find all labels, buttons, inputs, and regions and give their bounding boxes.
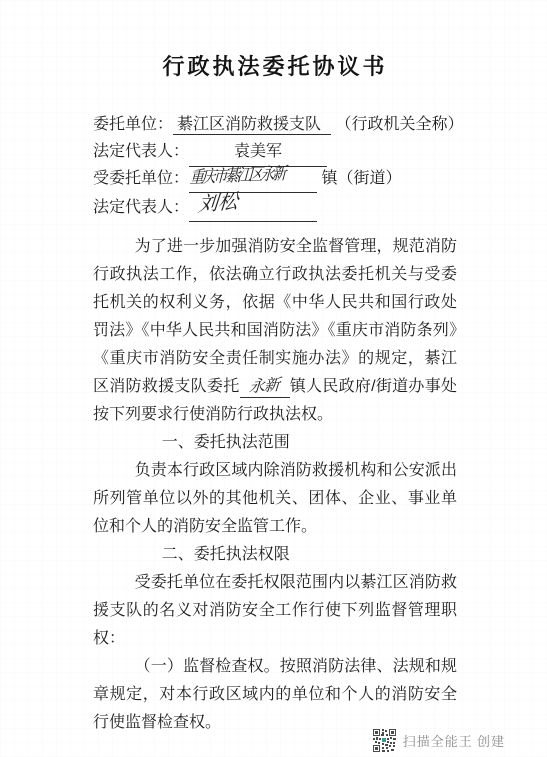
section-1-heading: 一、委托执法范围 bbox=[93, 429, 457, 457]
section-2-heading: 二、委托执法权限 bbox=[93, 541, 457, 569]
legal-rep-1-label: 法定代表人： bbox=[93, 143, 189, 160]
document-title: 行政执法委托协议书 bbox=[93, 50, 457, 81]
section-2-item-1: （一）监督检查权。按照消防法律、法规和规章规定，对本行政区域内的单位和个人的消防… bbox=[93, 653, 457, 737]
field-entrusted-unit: 受委托单位：重庆市綦江区永新 镇（街道） bbox=[93, 165, 457, 192]
qr-code-icon bbox=[373, 729, 396, 752]
scanned-document-page: 行政执法委托协议书 委托单位：綦江区消防救援支队 （行政机关全称） 法定代表人：… bbox=[0, 0, 547, 757]
town-name-underline: 永新 bbox=[240, 376, 290, 398]
scanner-watermark: 扫描全能王 创建 bbox=[373, 729, 505, 752]
legal-rep-2-underline: 刘松 bbox=[189, 192, 317, 222]
entrusting-unit-value: 綦江区消防救援支队 bbox=[173, 116, 331, 135]
legal-rep-2-label: 法定代表人： bbox=[93, 199, 189, 216]
intro-paragraph: 为了进一步加强消防安全监督管理，规范消防行政执法工作，依法确立行政执法委托机关与… bbox=[93, 233, 457, 429]
entrusted-unit-label: 受委托单位： bbox=[93, 170, 189, 187]
header-fields: 委托单位：綦江区消防救援支队 （行政机关全称） 法定代表人：袁美军 受委托单位：… bbox=[93, 111, 457, 219]
intro-text-before: 为了进一步加强消防安全监督管理，规范消防行政执法工作，依法确立行政执法委托机关与… bbox=[93, 238, 457, 395]
watermark-text: 扫描全能王 创建 bbox=[403, 731, 505, 750]
field-legal-rep-2: 法定代表人：刘松 bbox=[93, 192, 457, 219]
entrusted-unit-underline: 重庆市綦江区永新 bbox=[189, 165, 317, 193]
legal-rep-2-signature: 刘松 bbox=[189, 188, 239, 219]
section-2-body: 受委托单位在委托权限范围内以綦江区消防救援支队的名义对消防安全工作行使下列监督管… bbox=[93, 569, 457, 653]
entrusting-unit-note: （行政机关全称） bbox=[335, 116, 463, 133]
field-entrusting-unit: 委托单位：綦江区消防救援支队 （行政机关全称） bbox=[93, 111, 457, 138]
section-1-body: 负责本行政区域内除消防救援机构和公安派出所列管单位以外的其他机关、团体、企业、事… bbox=[93, 457, 457, 541]
entrusting-unit-label: 委托单位： bbox=[93, 116, 173, 133]
handwritten-town-name: 永新 bbox=[249, 375, 280, 397]
entrusted-unit-suffix: 镇（街道） bbox=[321, 170, 401, 187]
